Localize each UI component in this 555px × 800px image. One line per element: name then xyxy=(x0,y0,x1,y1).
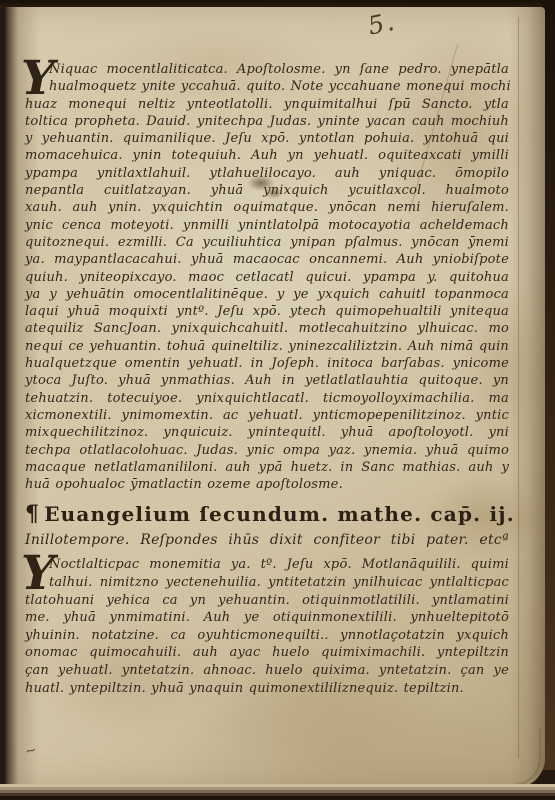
paragraph-gospel: Y Noctlalticpac monemitia ya. tº. Jeſu x… xyxy=(25,556,509,697)
manuscript-line: çan yehuatl. yntetatzin. ahnoac. huelo q… xyxy=(25,662,509,680)
page-crease xyxy=(518,17,519,758)
manuscript-line: ya. maypantlacacahui. yhuā macaocac onca… xyxy=(25,251,509,268)
gospel-heading-text: Euangelium ſecundum. mathe. cap̄. ij. xyxy=(44,502,515,526)
manuscript-line: huaz monequi neltiz ynteotlatolli. ynqui… xyxy=(25,96,509,113)
manuscript-line: quiuh. yniteopixcayo. maoc cetlacatl qui… xyxy=(25,269,509,286)
manuscript-line: tlatohuani yehica ca yn yehuantin. otiqu… xyxy=(25,592,509,610)
manuscript-line: macaque netlatlamanililoni. auh ypā huet… xyxy=(25,459,509,476)
manuscript-line: me. yhuā ynmimatini. Auh ye otiquinmonex… xyxy=(25,609,509,627)
manuscript-line: Noctlalticpac monemitia ya. tº. Jeſu xpō… xyxy=(25,556,509,574)
manuscript-line: Niquac mocentlaliticatca. Apoſtolosme. y… xyxy=(25,61,509,78)
manuscript-line: huā opohualoc ȳmatlactin ozeme apoſtolos… xyxy=(25,476,509,493)
manuscript-line: huatl. yntepiltzin. yhuā ynaquin quimone… xyxy=(25,680,509,698)
drop-cap-initial: Y xyxy=(21,58,55,100)
book-page-edges-bottom xyxy=(0,784,555,800)
manuscript-line: techpa otlatlacolohuac. Judas. ynic ompa… xyxy=(25,442,509,459)
drop-cap-initial: Y xyxy=(21,553,55,595)
manuscript-line: ya y yehuātin omocentlalitinēque. y ye y… xyxy=(25,286,509,303)
manuscript-line: hualmoquetz ynite yccahuā. quito. Note y… xyxy=(25,78,509,95)
manuscript-line: xicmonextili. ynimomextin. ac yehuatl. y… xyxy=(25,407,509,424)
manuscript-line: talhui. nimitzno yectenehuilia. yntiteta… xyxy=(25,574,509,592)
manuscript-line: y yehuantin. quimanilique. Jeſu xpō. ynt… xyxy=(25,130,509,147)
paragraph-acts: Y Niquac mocentlaliticatca. Apoſtolosme.… xyxy=(25,61,509,493)
gospel-heading: ¶Euangelium ſecundum. mathe. cap̄. ij. xyxy=(25,500,509,530)
page-corner-edges xyxy=(469,729,541,786)
manuscript-page: 5. Y Niquac mocentlaliticatca. Apoſtolos… xyxy=(5,7,545,788)
manuscript-line: hualquetzque omentin yehuatl. in Joſeph.… xyxy=(25,355,509,372)
manuscript-line: xauh. auh ynin. yxquichtin oquimatque. y… xyxy=(25,199,509,216)
manuscript-line: ynic cenca moteyoti. ynmilli ynintlatolp… xyxy=(25,217,509,234)
manuscript-line: nequi ce yehuantin. tohuā quineltiliz. y… xyxy=(25,338,509,355)
folio-number: 5. xyxy=(365,6,398,40)
manuscript-line: ytoca Juſto. yhuā ynmathias. Auh in yetl… xyxy=(25,372,509,389)
manuscript-line: laqui yhuā moquixti yntº. Jeſu xpō. ytec… xyxy=(25,303,509,320)
manuscript-line: ypampa ynitlaxtlahuil. ytlahuelilocayo. … xyxy=(25,165,509,182)
latin-incipit: Inillotempore. Reſpondes ihūs dixit conf… xyxy=(25,530,509,551)
manuscript-line: yhuinin. notatzine. ca oyuhticmonequilti… xyxy=(25,627,509,645)
manuscript-line: tehuatzin. totecuiyoe. ynixquichtlacatl.… xyxy=(25,390,509,407)
pilcrow-mark: ¶ xyxy=(25,501,40,527)
manuscript-text-block: Y Niquac mocentlaliticatca. Apoſtolosme.… xyxy=(25,61,509,697)
manuscript-line: nepantla cuitlatzayan. yhuā ynixquich yc… xyxy=(25,182,509,199)
manuscript-line: mixquechilitzinoz. ynquicuiz. ynintequit… xyxy=(25,424,509,441)
manuscript-line: quitoznequi. ezmilli. Ca ycuiliuhtica yn… xyxy=(25,234,509,251)
manuscript-line: onomac quimocahuili. auh ayac huelo quim… xyxy=(25,644,509,662)
manuscript-line: momacehuica. ynin totequiuh. Auh yn yehu… xyxy=(25,147,509,164)
manuscript-line: toltica propheta. Dauid. ynitechpa Judas… xyxy=(25,113,509,130)
manuscript-line: atequiliz SancJoan. ynixquichcahuitl. mo… xyxy=(25,320,509,337)
page-right-edge xyxy=(509,7,545,788)
